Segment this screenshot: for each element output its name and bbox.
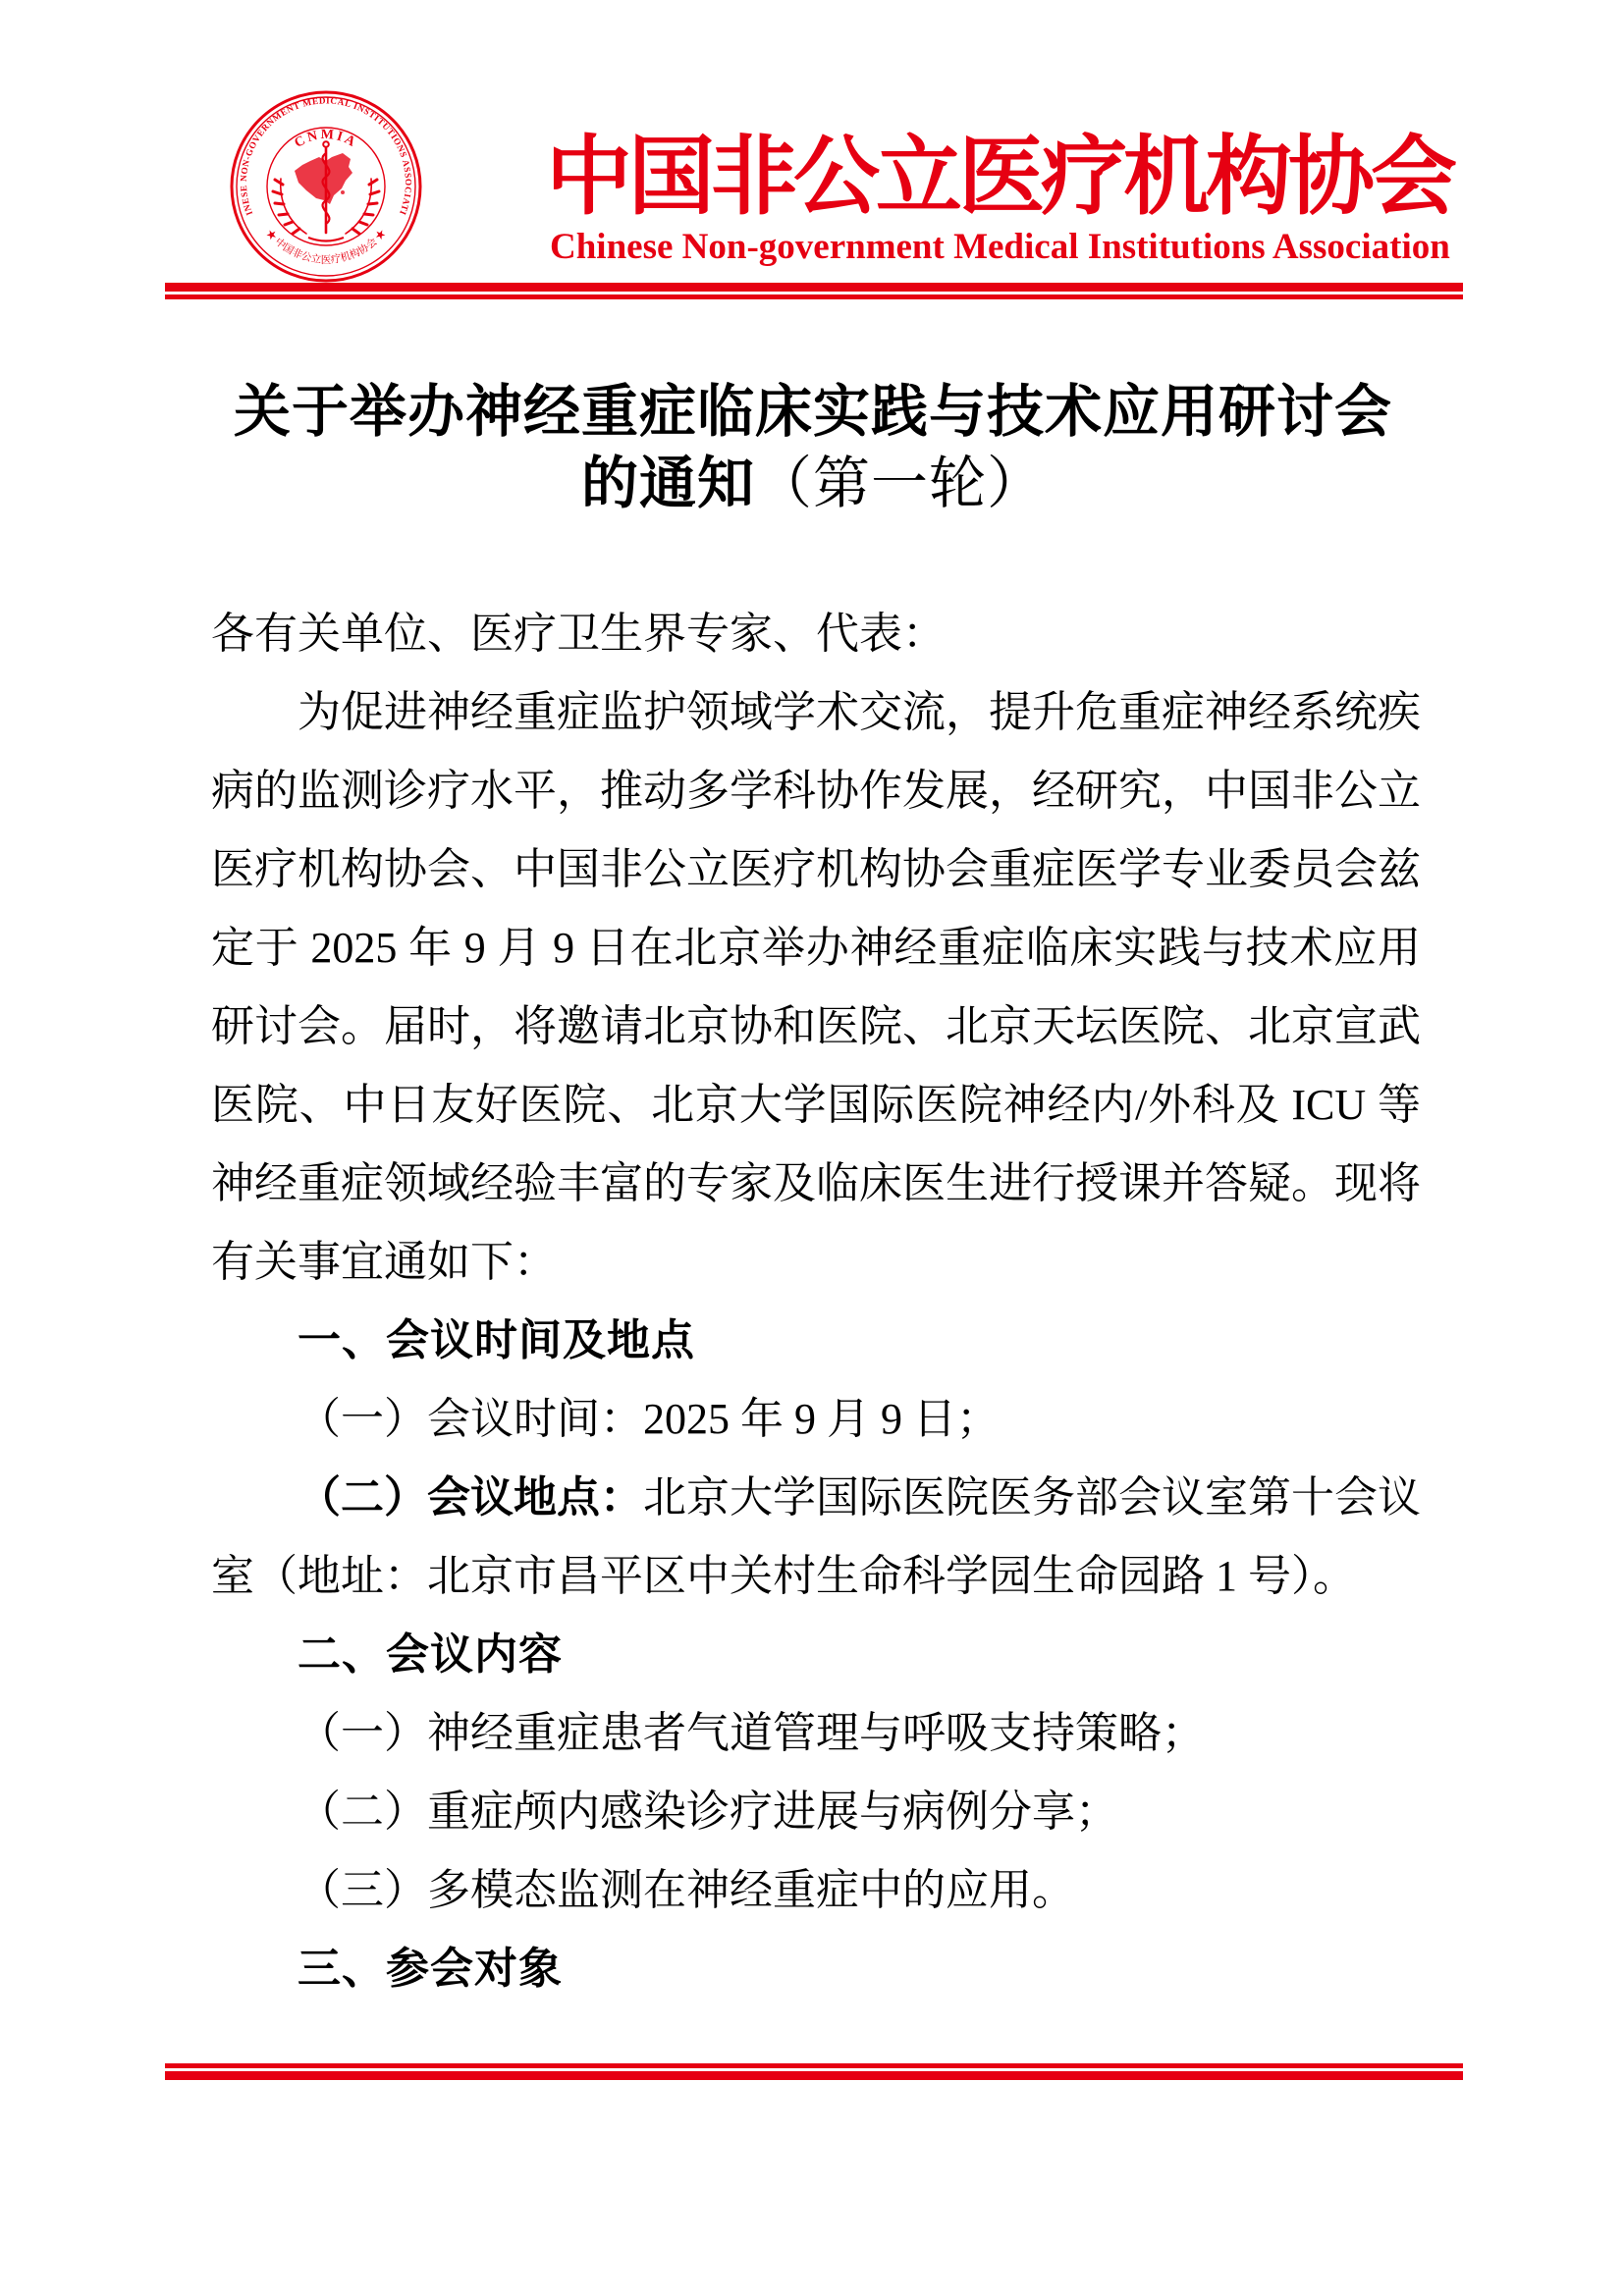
doc-title-line1: 关于举办神经重症临床实践与技术应用研讨会 [208, 376, 1418, 448]
intro-line: 有关事宜通如下： [211, 1223, 1421, 1302]
meeting-venue-label: （二）会议地点： [298, 1473, 643, 1522]
intro-line: 为促进神经重症监护领域学术交流，提升危重症神经系统疾 [211, 673, 1421, 752]
header-divider [165, 283, 1463, 299]
section2-item2: （二）重症颅内感染诊疗进展与病例分享； [211, 1773, 1421, 1851]
section-heading-2: 二、会议内容 [211, 1616, 1421, 1694]
section1-item2-line1: （二）会议地点：北京大学国际医院医务部会议室第十会议 [211, 1459, 1421, 1537]
org-title-zh: 中国非公立医疗机构协会 [546, 130, 1469, 228]
footer-divider [165, 2063, 1463, 2080]
section2-item3: （三）多模态监测在神经重症中的应用。 [211, 1851, 1421, 1930]
seal-ribbon [308, 238, 344, 241]
intro-line: 病的监测诊疗水平，推动多学科协作发展，经研究，中国非公立 [211, 752, 1421, 830]
doc-title-line2: 的通知（第一轮） [208, 448, 1418, 519]
notice-body: 各有关单位、医疗卫生界专家、代表： 为促进神经重症监护领域学术交流，提升危重症神… [211, 595, 1421, 2008]
intro-line: 医疗机构协会、中国非公立医疗机构协会重症医学专业委员会兹 [211, 830, 1421, 909]
cnmia-seal-logo: CHINESE NON-GOVERNMENT MEDICAL INSTITUTI… [228, 88, 424, 285]
section1-item2-line2: 室（地址：北京市昌平区中关村生命科学园生命园路 1 号）。 [211, 1537, 1421, 1616]
section1-item1: （一）会议时间：2025 年 9 月 9 日； [211, 1380, 1421, 1459]
notice-document-page: CHINESE NON-GOVERNMENT MEDICAL INSTITUTI… [0, 0, 1624, 2296]
laurel-wreath-left [273, 179, 306, 234]
intro-line: 神经重症领域经验丰富的专家及临床医生进行授课并答疑。现将 [211, 1145, 1421, 1223]
section2-item1: （一）神经重症患者气道管理与呼吸支持策略； [211, 1694, 1421, 1773]
intro-line: 定于 2025 年 9 月 9 日在北京举办神经重症临床实践与技术应用 [211, 909, 1421, 988]
doc-title: 关于举办神经重症临床实践与技术应用研讨会 的通知（第一轮） [208, 376, 1418, 519]
taiwan-dot [341, 190, 345, 194]
section-heading-1: 一、会议时间及地点 [211, 1302, 1421, 1380]
section-heading-3: 三、参会对象 [211, 1930, 1421, 2008]
org-subtitle-en: Chinese Non-government Medical Instituti… [550, 226, 1463, 269]
intro-line: 医院、中日友好医院、北京大学国际医院神经内/外科及 ICU 等 [211, 1066, 1421, 1145]
doc-title-round-label: （第一轮） [755, 452, 1045, 515]
intro-line: 研讨会。届时，将邀请北京协和医院、北京天坛医院、北京宣武 [211, 988, 1421, 1066]
laurel-wreath-right [346, 179, 379, 234]
salutation: 各有关单位、医疗卫生界专家、代表： [211, 595, 1421, 673]
